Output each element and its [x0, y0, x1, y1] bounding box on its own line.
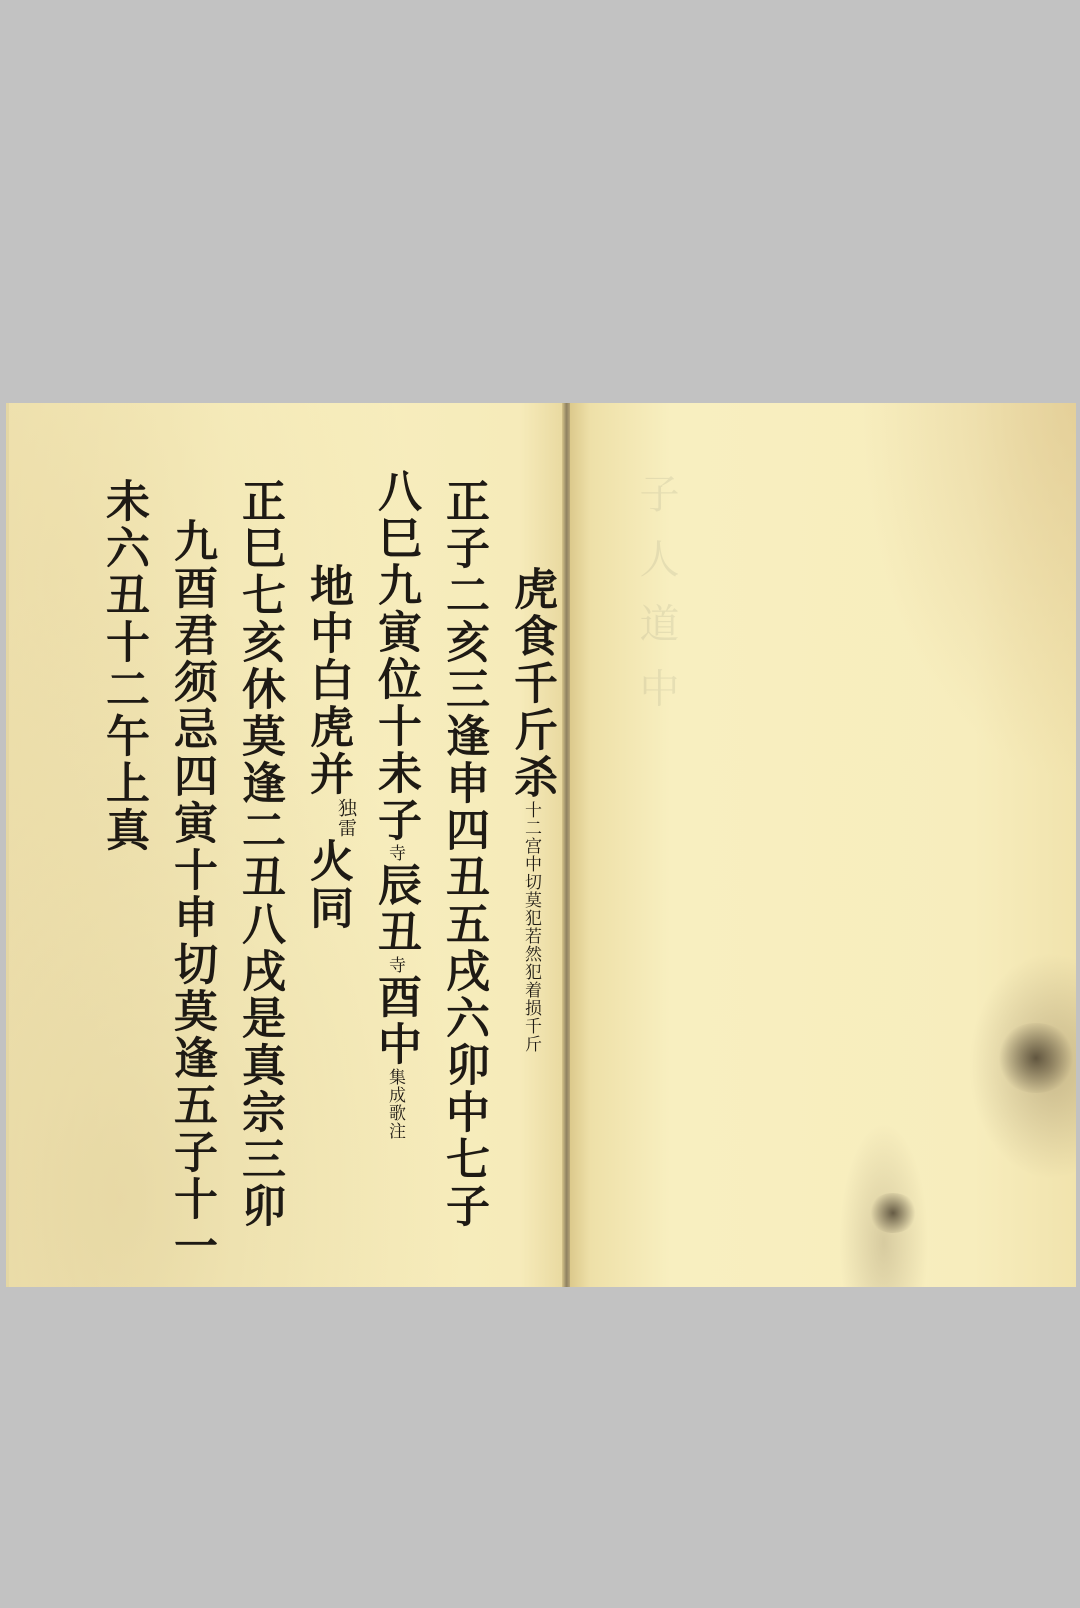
column-4-interlinear: 独雷	[335, 798, 357, 838]
column-3-text-a: 八巳九寅位十未	[370, 468, 421, 797]
column-4-text-a: 地中白虎并	[302, 563, 353, 798]
column-3-text-b: 酉中	[370, 974, 421, 1068]
column-3-note-b: 寺	[385, 956, 405, 974]
column-7: 未六丑十二午上真	[93, 478, 153, 854]
column-1-title: 虎食千斤杀十二宫中切莫犯若然犯着损千斤	[501, 566, 561, 1053]
column-5: 正巳七亥休莫逢二丑八戌是真宗三卯	[229, 478, 289, 1230]
column-2-text: 正子二亥三逢申四丑五戌六卯中七子	[438, 478, 489, 1230]
manuscript-spread: 虎食千斤杀十二宫中切莫犯若然犯着损千斤 正子二亥三逢申四丑五戌六卯中七子 八巳九…	[6, 403, 1076, 1287]
column-5-text: 正巳七亥休莫逢二丑八戌是真宗三卯	[234, 478, 285, 1230]
column-6: 九酉君须忌四寅十申切莫逢五子十一	[161, 518, 221, 1270]
column-4: 地中白虎并独雷火同	[297, 563, 357, 932]
ink-stain	[996, 1023, 1076, 1093]
interlinear-right: 独	[335, 798, 357, 818]
title-annotation: 十二宫中切莫犯若然犯着损千斤	[521, 801, 541, 1053]
column-3: 八巳九寅位十未子寺辰丑寺酉中集成歌注	[365, 468, 425, 1140]
column-6-text: 九酉君须忌四寅十申切莫逢五子十一	[166, 518, 217, 1270]
ink-stain-small	[868, 1193, 918, 1233]
column-7-text: 未六丑十二午上真	[98, 478, 149, 854]
column-4-text-b: 火同	[302, 838, 353, 932]
left-page: 虎食千斤杀十二宫中切莫犯若然犯着损千斤 正子二亥三逢申四丑五戌六卯中七子 八巳九…	[6, 403, 564, 1287]
column-3-char-b: 辰丑	[370, 862, 421, 956]
column-3-char-a: 子	[370, 797, 421, 844]
interlinear-left: 雷	[335, 818, 357, 838]
text-block: 虎食千斤杀十二宫中切莫犯若然犯着损千斤 正子二亥三逢申四丑五戌六卯中七子 八巳九…	[91, 478, 561, 1268]
title-text: 虎食千斤杀	[506, 566, 557, 801]
column-3-annotation: 集成歌注	[385, 1068, 405, 1140]
bleed-through-text: 子 人 道 中	[626, 473, 686, 713]
column-2: 正子二亥三逢申四丑五戌六卯中七子	[433, 478, 493, 1230]
column-3-note-a: 寺	[385, 844, 405, 862]
